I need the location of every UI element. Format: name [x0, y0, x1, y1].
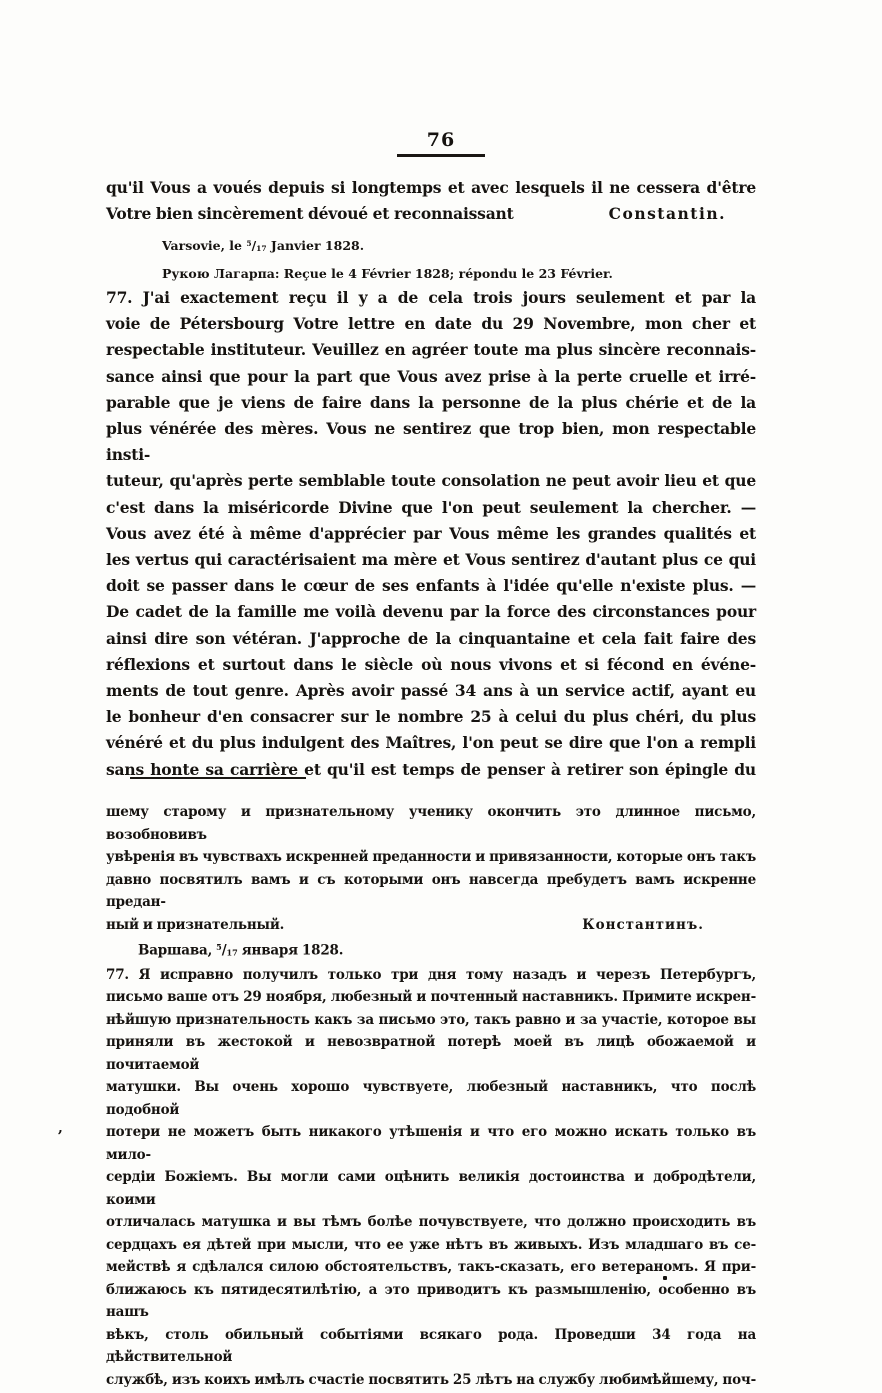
text-line: шему старому и признательному ученику ок…: [106, 801, 756, 846]
text-line: qu'il Vous a voués depuis si longtemps e…: [106, 175, 756, 201]
stray-ink-dot: [663, 1276, 667, 1280]
text-line: мействѣ я сдѣлался силою обстоятельствъ,…: [106, 1256, 756, 1279]
fraction-denominator: 17: [256, 244, 266, 253]
text-line: tuteur, qu'après perte semblable toute c…: [106, 468, 756, 494]
text-line: ainsi dire son vétéran. J'approche de la…: [106, 626, 756, 652]
text-line: plus vénérée des mères. Vous ne sentirez…: [106, 416, 756, 468]
letter-closing: Votre bien sincèrement dévoué et reconna…: [106, 201, 514, 227]
text-line: 77. Я исправно получилъ только три дня т…: [106, 964, 756, 987]
text-line: ближаюсь къ пятидесятилѣтію, а это приво…: [106, 1279, 756, 1324]
text-line: les vertus qui caractérisaient ma mère e…: [106, 547, 756, 573]
dateline-place: Варшава,: [138, 942, 216, 958]
stray-ink-mark: ,: [58, 1120, 63, 1136]
page-number: 76: [0, 129, 882, 151]
text-line: le bonheur d'en consacrer sur le nombre …: [106, 704, 756, 730]
text-line: 77. J'ai exactement reçu il y a de cela …: [106, 285, 756, 311]
text-line: вѣкъ, столь обильный событіями всякаго р…: [106, 1324, 756, 1369]
signature-constantin: Constantin.: [609, 201, 726, 227]
footnote-closing: ный и признательный.: [106, 914, 284, 937]
text-line: c'est dans la miséricorde Divine que l'o…: [106, 495, 756, 521]
text-line: приняли въ жестокой и невозвратной потер…: [106, 1031, 756, 1076]
text-line: матушки. Вы очень хорошо чувствуете, люб…: [106, 1076, 756, 1121]
dateline-block: Varsovie, le 5/17 Janvier 1828. Рукою Ла…: [106, 231, 756, 287]
scanned-page: 76 qu'il Vous a voués depuis si longtemp…: [0, 0, 882, 1393]
russian-letter-77: 77. Я исправно получилъ только три дня т…: [106, 964, 756, 1392]
text-line: сердцахъ ея дѣтей при мысли, что ее уже …: [106, 1234, 756, 1257]
signature-konstantin: Константинъ.: [582, 914, 704, 937]
closing-line: Votre bien sincèrement dévoué et reconna…: [106, 201, 756, 227]
text-line: sance ainsi que pour la part que Vous av…: [106, 364, 756, 390]
footnote-block: шему старому и признательному ученику ок…: [106, 801, 756, 1391]
text-line: потери не можетъ быть никакого утѣшенія …: [106, 1121, 756, 1166]
footnote-rule: [130, 777, 306, 779]
footnote-translation-ending: шему старому и признательному ученику ок…: [106, 801, 756, 914]
archival-note: Рукою Лагарпа: Reçue le 4 Février 1828; …: [106, 261, 756, 287]
text-line: réflexions et surtout dans le siècle où …: [106, 652, 756, 678]
text-line: нѣйшую признательность какъ за письмо эт…: [106, 1009, 756, 1032]
dateline-place: Varsovie, le: [162, 238, 246, 253]
text-line: сердіи Божіемъ. Вы могли сами оцѣнить ве…: [106, 1166, 756, 1211]
french-letter-77: 77. J'ai exactement reçu il y a de cela …: [106, 285, 756, 783]
text-line: parable que je viens de faire dans la pe…: [106, 390, 756, 416]
text-line: увѣренія въ чувствахъ искренней преданно…: [106, 846, 756, 869]
french-letter-ending: qu'il Vous a voués depuis si longtemps e…: [106, 175, 756, 227]
text-line: De cadet de la famille me voilà devenu p…: [106, 599, 756, 625]
text-line: Vous avez été à même d'apprécier par Vou…: [106, 521, 756, 547]
text-line: отличалась матушка и вы тѣмъ болѣе почув…: [106, 1211, 756, 1234]
dateline-date: Janvier 1828.: [267, 238, 365, 253]
text-line: службѣ, изъ коихъ имѣлъ счастіе посвятит…: [106, 1369, 756, 1392]
text-line: respectable instituteur. Veuillez en agr…: [106, 337, 756, 363]
text-line: doit se passer dans le cœur de ses enfan…: [106, 573, 756, 599]
dateline-date: января 1828.: [238, 942, 343, 958]
text-line: voie de Pétersbourg Votre lettre en date…: [106, 311, 756, 337]
text-line: письмо ваше отъ 29 ноября, любезный и по…: [106, 986, 756, 1009]
text-line: vénéré et du plus indulgent des Maîtres,…: [106, 730, 756, 756]
footnote-closing-line: ный и признательный. Константинъ.: [106, 914, 756, 937]
dateline-varsovie: Varsovie, le 5/17 Janvier 1828.: [106, 231, 756, 261]
footnote-dateline: Варшава, 5/17 января 1828.: [106, 936, 756, 964]
fraction-denominator: 17: [226, 947, 237, 957]
page-header: 76: [0, 129, 882, 157]
text-line: давно посвятилъ вамъ и съ которыми онъ н…: [106, 869, 756, 914]
text-line: ments de tout genre. Après avoir passé 3…: [106, 678, 756, 704]
page-number-rule: [397, 154, 485, 157]
